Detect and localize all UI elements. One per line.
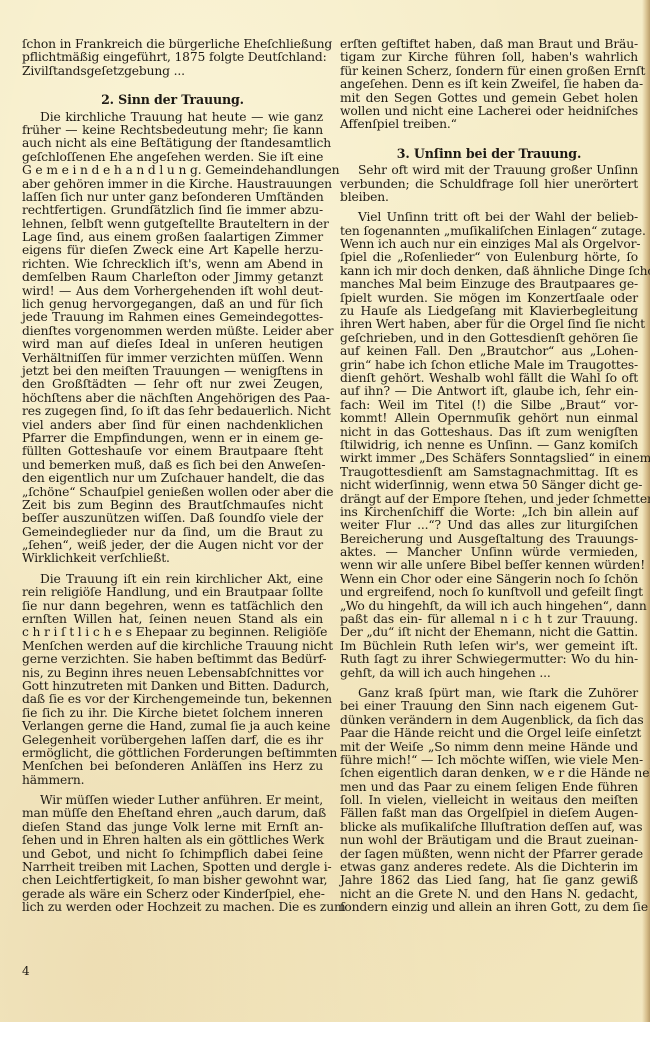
- paragraph-continuation: erſten geſtiftet haben, daß man Braut un…: [340, 38, 638, 132]
- text-line: „ſchöne“ Schauſpiel genießen wollen oder…: [22, 486, 323, 499]
- text-line: füllten Gotteshauſe vor einem Brautpaare…: [22, 445, 323, 458]
- intro-text: ſchon in Frankreich die bürgerliche Eheſ…: [22, 38, 323, 78]
- text-line: früher — keine Rechtsbedeutung mehr; ſie…: [22, 124, 323, 137]
- right-column: erſten geſtiftet haben, daß man Braut un…: [340, 38, 638, 915]
- text-line: Gott hinzutreten mit Danken und Bitten. …: [22, 680, 323, 693]
- text-line: bei einer Trauung den Sinn nach eigenem …: [340, 700, 638, 713]
- text-line: mit den Segen Gottes und gemein Gebet ho…: [340, 92, 638, 105]
- text-line: chen Leichtfertigkeit, ſo man bisher gew…: [22, 874, 323, 887]
- text-line: rein religiöſe Handlung, und ein Brautpa…: [22, 586, 323, 599]
- text-line: ſehen und in Ehren halten als ein göttli…: [22, 834, 323, 847]
- text-line: lehnen, ſelbſt wenn gutgeſtellte Brautel…: [22, 218, 323, 231]
- text-line: angeſehen. Denn es iſt kein Zweifel, ſie…: [340, 78, 638, 91]
- text-line: Menſchen bei beſonderen Anläſſen ins Her…: [22, 760, 323, 773]
- text-line: mit der Weiſe „So nimm denn meine Hände …: [340, 741, 638, 754]
- text-line: c h r i ſ t l i c h e s Ehepaar zu begin…: [22, 626, 323, 639]
- text-line: Menſchen werden auf die kirchliche Trauu…: [22, 640, 323, 653]
- text-line: lich zu werden oder Hochzeit zu machen. …: [22, 901, 323, 914]
- text-line: „ſehen“, weiß jeder, der die Augen nicht…: [22, 539, 323, 552]
- text-line: hämmern.: [22, 774, 323, 787]
- text-line: res zugegen ſind, ſo iſt das ſehr bedaue…: [22, 405, 323, 418]
- text-line: Der „du“ iſt nicht der Ehemann, nicht di…: [340, 626, 638, 639]
- paragraph: Wir müſſen wieder Luther anführen. Er me…: [22, 794, 323, 915]
- page-number: 4: [22, 964, 30, 978]
- text-line: eigens für dieſen Zweck eine Art Kapelle…: [22, 244, 323, 257]
- text-line: dienſt gehört. Weshalb wohl fällt die Wa…: [340, 372, 638, 385]
- text-line: jetzt bei den meiſten Trauungen — wenigſ…: [22, 365, 323, 378]
- text-line: richten. Wie ſchrecklich iſt's, wenn am …: [22, 258, 323, 271]
- text-line: kann ich mir doch denken, daß ähnliche D…: [340, 265, 638, 278]
- text-line: Viel Unſinn tritt oft bei der Wahl der b…: [340, 211, 638, 224]
- text-line: Gemeindeglieder nur da ſind, um die Brau…: [22, 526, 323, 539]
- text-line: Pfarrer die Empfindungen, wenn er in ein…: [22, 432, 323, 445]
- text-line: aber gehören immer in die Kirche. Haustr…: [22, 178, 323, 191]
- text-line: drängt auf der Empore ſtehen, und jeder …: [340, 493, 638, 506]
- text-line: ſoll. In vielen, vielleicht in weitaus d…: [340, 794, 638, 807]
- text-line: ermöglicht, die göttlichen Forderungen b…: [22, 747, 323, 760]
- text-line: nun wohl der Bräutigam und die Braut zue…: [340, 834, 638, 847]
- text-line: manches Mal beim Einzuge des Brautpaares…: [340, 278, 638, 291]
- text-line: wird! — Aus dem Vorhergehenden iſt wohl …: [22, 285, 323, 298]
- text-line: Bereicherung und Ausgeſtaltung des Trauu…: [340, 533, 638, 546]
- text-line: Wir müſſen wieder Luther anführen. Er me…: [22, 794, 323, 807]
- text-line: Wenn ein Chor oder eine Sängerin noch ſo…: [340, 573, 638, 586]
- text-line: ſchen eigentlich daran denken, w e r die…: [340, 767, 638, 780]
- text-line: grin“ habe ich ſchon etliche Male im Tra…: [340, 359, 638, 372]
- text-line: weiter Flur ...“? Und das alles zur litu…: [340, 519, 638, 532]
- text-line: paßt das ein- für allemal n i c h t zur …: [340, 613, 638, 626]
- text-line: ſpiel die „Roſenlieder“ von Eulenburg hö…: [340, 251, 638, 264]
- section-heading-unsinn-bei-der-trauung: 3. Unſinn bei der Trauung.: [340, 147, 638, 160]
- text-line: gerade als wäre ein Scherz oder Kinderſp…: [22, 888, 323, 901]
- text-line: ſondern einzig und allein an ihren Gott,…: [340, 901, 638, 914]
- paragraph: Ganz kraß ſpürt man, wie ſtark die Zuhör…: [340, 687, 638, 915]
- text-line: nicht in das Gotteshaus. Das iſt zum wen…: [340, 426, 638, 439]
- text-line: Wenn ich auch nur ein einziges Mal als O…: [340, 238, 638, 251]
- scanned-book-page: ſchon in Frankreich die bürgerliche Eheſ…: [0, 0, 650, 1022]
- text-line: kommt! Allein Opernmuſik gehört nun einm…: [340, 412, 638, 425]
- text-line: ſpielt wurden. Sie mögen im Konzertſaale…: [340, 292, 638, 305]
- text-line: Die Trauung iſt ein rein kirchlicher Akt…: [22, 573, 323, 586]
- text-line: Verlangen gerne die Hand, zumal ſie ja a…: [22, 720, 323, 733]
- page-binding-edge: [642, 0, 650, 1022]
- text-line: ins Kirchenſchiff die Worte: „Ich bin al…: [340, 506, 638, 519]
- paragraph: Sehr oft wird mit der Trauung großer Unſ…: [340, 164, 638, 204]
- text-line: wirkt immer „Des Schäfers Sonntagslied“ …: [340, 452, 638, 465]
- text-line: daß ſie es vor der Kirchengemeinde tun, …: [22, 693, 323, 706]
- text-line: geſchrieben, und in den Gottesdienſt geh…: [340, 332, 638, 345]
- text-line: für keinen Scherz, ſondern für einen gro…: [340, 65, 638, 78]
- text-line: ſie ſich zu ihr. Die Kirche bietet ſolch…: [22, 707, 323, 720]
- text-line: lich genug hervorgegangen, daß an und fü…: [22, 298, 323, 311]
- text-line: Narrheit treiben mit Lachen, Spotten und…: [22, 861, 323, 874]
- text-line: men und das Paar zu einem ſeligen Ende f…: [340, 781, 638, 794]
- text-line: nis, zu Beginn ihres neuen Lebensabſchni…: [22, 667, 323, 680]
- left-column: ſchon in Frankreich die bürgerliche Eheſ…: [22, 38, 323, 915]
- text-line: Wirklichkeit verſchließt.: [22, 552, 323, 565]
- text-line: auch nicht als eine Beſtätigung der ſtan…: [22, 137, 323, 150]
- text-line: demſelben Raum Charleſton oder Jimmy get…: [22, 271, 323, 284]
- text-line: und ergreifend, noch ſo kunſtvoll und ge…: [340, 586, 638, 599]
- text-line: Jahre 1862 das Lied ſang, hat ſie ganz g…: [340, 874, 638, 887]
- text-line: aktes. — Mancher Unſinn würde vermieden,: [340, 546, 638, 559]
- text-line: zu Hauſe als Liedgeſang mit Klavierbegle…: [340, 305, 638, 318]
- text-line: ſchon in Frankreich die bürgerliche Eheſ…: [22, 38, 323, 51]
- text-line: fach: Weil im Titel (!) die Silbe „Braut…: [340, 399, 638, 412]
- text-line: Im Büchlein Ruth leſen wir's, wer gemein…: [340, 640, 638, 653]
- text-line: Zivilſtandsgeſetzgebung ...: [22, 65, 323, 78]
- text-line: und bemerken muß, daß es ſich bei den An…: [22, 459, 323, 472]
- text-line: jede Trauung im Rahmen eines Gemeindegot…: [22, 311, 323, 324]
- text-line: auf keinen Fall. Den „Brautchor“ aus „Lo…: [340, 345, 638, 358]
- text-line: Zeit bis zum Beginn des Brautſchmauſes n…: [22, 499, 323, 512]
- text-line: Fällen faßt man das Orgelſpiel in dieſem…: [340, 807, 638, 820]
- section-heading-sinn-der-trauung: 2. Sinn der Trauung.: [22, 93, 323, 106]
- text-line: den eigentlich nur um Zuſchauer handelt,…: [22, 472, 323, 485]
- text-line: etwas ganz anderes redete. Als die Dicht…: [340, 861, 638, 874]
- text-line: wird man auf dieſes Ideal in unſeren heu…: [22, 338, 323, 351]
- text-line: gehſt, da will ich auch hingehen ...: [340, 667, 638, 680]
- text-line: verbunden; die Schuldfrage ſoll hier une…: [340, 178, 638, 191]
- text-line: ihren Wert haben, aber für die Orgel ſin…: [340, 318, 638, 331]
- text-line: ſtilwidrig, ich nenne es Unſinn. — Ganz …: [340, 439, 638, 452]
- text-line: dienſtes vorgenommen werden müßte. Leide…: [22, 325, 323, 338]
- text-line: geſchloſſenen Ehe angeſehen werden. Sie …: [22, 151, 323, 164]
- text-line: Ganz kraß ſpürt man, wie ſtark die Zuhör…: [340, 687, 638, 700]
- text-line: „Wo du hingehſt, da will ich auch hingeh…: [340, 600, 638, 613]
- paragraph: Viel Unſinn tritt oft bei der Wahl der b…: [340, 211, 638, 680]
- paragraph: Die Trauung iſt ein rein kirchlicher Akt…: [22, 573, 323, 787]
- text-line: bleiben.: [340, 191, 638, 204]
- text-line: Affenſpiel treiben.“: [340, 118, 638, 131]
- text-line: blicke als muſikaliſche Illuſtration deſ…: [340, 821, 638, 834]
- text-line: Sehr oft wird mit der Trauung großer Unſ…: [340, 164, 638, 177]
- text-line: höchſtens aber die nächſten Angehörigen …: [22, 392, 323, 405]
- text-line: nicht widerſinnig, wenn etwa 50 Sänger d…: [340, 479, 638, 492]
- text-line: ſie nur dann begehren, wenn es tatſächli…: [22, 600, 323, 613]
- text-line: Paar die Hände reicht und die Orgel leiſ…: [340, 727, 638, 740]
- text-line: Traugottesdienſt am Samstagnachmittag. I…: [340, 466, 638, 479]
- text-line: auf ihn? — Die Antwort iſt, glaube ich, …: [340, 385, 638, 398]
- text-line: pflichtmäßig eingeführt, 1875 folgte Deu…: [22, 51, 323, 64]
- text-line: Die kirchliche Trauung hat heute — wie g…: [22, 111, 323, 124]
- text-line: erſten geſtiftet haben, daß man Braut un…: [340, 38, 638, 51]
- text-line: Gelegenheit vorübergehen laſſen darf, di…: [22, 734, 323, 747]
- paragraph: Die kirchliche Trauung hat heute — wie g…: [22, 111, 323, 566]
- text-line: und Gebot, und nicht ſo ſchimpflich dabe…: [22, 848, 323, 861]
- text-line: Ruth ſagt zu ihrer Schwiegermutter: Wo d…: [340, 653, 638, 666]
- text-line: laſſen ſich nur unter ganz beſonderen Um…: [22, 191, 323, 204]
- text-line: ten ſogenannten „muſikaliſchen Einlagen“…: [340, 225, 638, 238]
- text-line: dieſen Stand das junge Volk lerne mit Er…: [22, 821, 323, 834]
- text-line: gerne verzichten. Sie haben beſtimmt das…: [22, 653, 323, 666]
- text-line: dünken verändern in dem Augenblick, da ſ…: [340, 714, 638, 727]
- text-line: tigam zur Kirche führen ſoll, haben's wa…: [340, 51, 638, 64]
- text-line: rechtfertigen. Grundſätzlich ſind ſie im…: [22, 204, 323, 217]
- text-line: wollen und nicht eine Lacherei oder heid…: [340, 105, 638, 118]
- text-line: beſſer auszunützen wiſſen. Daß ſoundſo v…: [22, 512, 323, 525]
- text-line: wenn wir alle unſere Bibel beſſer kennen…: [340, 559, 638, 572]
- text-line: führe mich!“ — Ich möchte wiſſen, wie vi…: [340, 754, 638, 767]
- text-line: nicht an die Grete N. und den Hans N. ge…: [340, 888, 638, 901]
- text-line: ernſten Willen hat, ſeinen neuen Stand a…: [22, 613, 323, 626]
- text-line: den Großſtädten — ſehr oft nur zwei Zeug…: [22, 378, 323, 391]
- text-line: man müſſe den Eheſtand ehren „auch darum…: [22, 807, 323, 820]
- text-line: G e m e i n d e h a n d l u n g. Gemeind…: [22, 164, 323, 177]
- text-line: Lage ſind, aus einem großen ſaalartigen …: [22, 231, 323, 244]
- text-line: viel anders aber ſind für einen nachdenk…: [22, 419, 323, 432]
- text-line: Verhältniſſen für immer verzichten müſſe…: [22, 352, 323, 365]
- text-line: der ſagen müßten, wenn nicht der Pfarrer…: [340, 848, 638, 861]
